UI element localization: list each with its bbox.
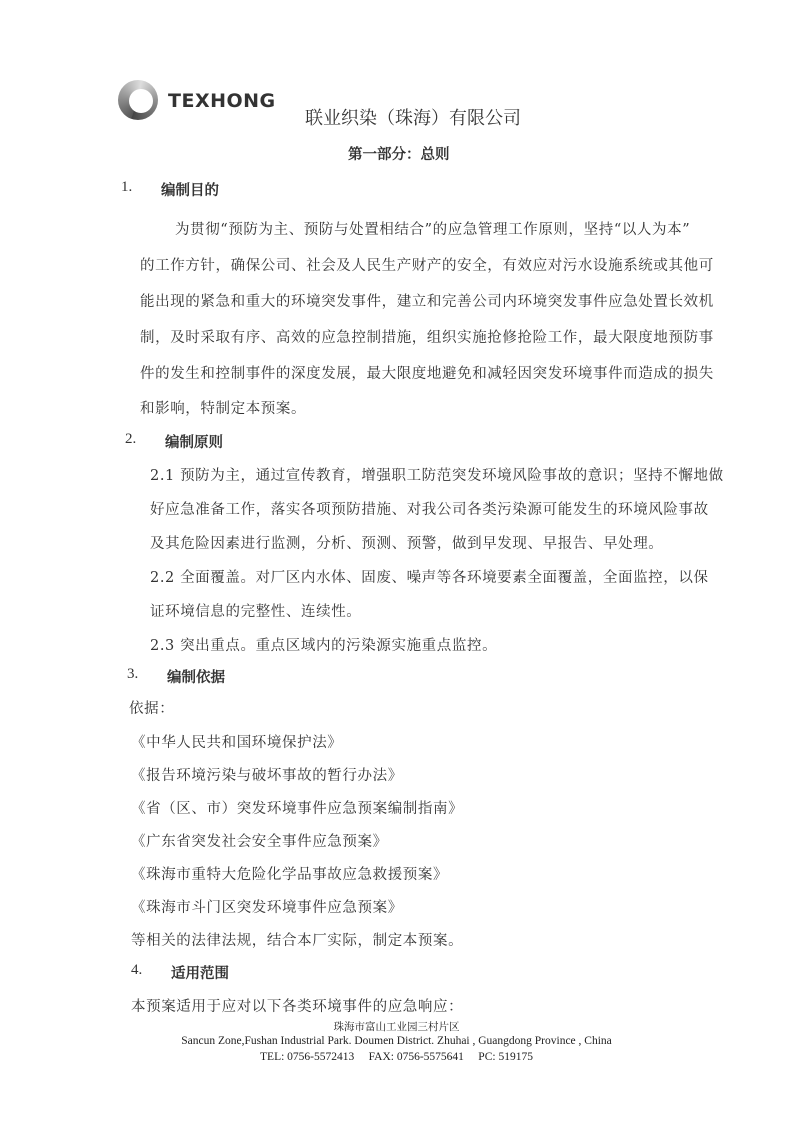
- paragraph-line: 和影响，特制定本预案。: [140, 397, 306, 418]
- reference-item: 《省（区、市）突发环境事件应急预案编制指南》: [131, 797, 463, 818]
- logo-ring-icon: [118, 80, 158, 120]
- company-name: 联业织染（珠海）有限公司: [305, 104, 521, 130]
- paragraph-line: 能出现的紧急和重大的环境突发事件，建立和完善公司内环境突发事件应急处置长效机: [140, 290, 714, 311]
- paragraph-line: 依据：: [129, 697, 174, 718]
- paragraph-line: 等相关的法律法规，结合本厂实际，制定本预案。: [131, 929, 463, 950]
- reference-item: 《中华人民共和国环境保护法》: [131, 731, 342, 752]
- paragraph-line: 制，及时采取有序、高效的应急控制措施，组织实施抢修抢险工作，最大限度地预防事: [140, 326, 714, 347]
- section-title: 编制依据: [167, 666, 225, 687]
- reference-item: 《珠海市斗门区突发环境事件应急预案》: [131, 896, 403, 917]
- paragraph-line: 好应急准备工作，落实各项预防措施、对我公司各类污染源可能发生的环境风险事故: [150, 498, 709, 519]
- part-title: 第一部分：总则: [348, 143, 450, 164]
- paragraph-line: 2.1 预防为主，通过宣传教育，增强职工防范突发环境风险事故的意识；坚持不懈地做: [150, 464, 724, 485]
- logo-text: TEXHONG: [168, 90, 276, 112]
- paragraph-line: 2.3 突出重点。重点区域内的污染源实施重点监控。: [150, 634, 497, 655]
- footer-address-cn: 珠海市富山工业园三村片区: [0, 1019, 793, 1034]
- section-2-heading: 2. 编制原则: [125, 431, 136, 448]
- section-title: 编制原则: [165, 431, 223, 452]
- paragraph-line: 为贯彻“预防为主、预防与处置相结合”的应急管理工作原则，坚持“以人为本”: [175, 218, 690, 239]
- paragraph-line: 2.2 全面覆盖。对厂区内水体、固废、噪声等各环境要素全面覆盖，全面监控，以保: [150, 566, 709, 587]
- section-4-heading: 4. 适用范围: [131, 962, 142, 979]
- paragraph-line: 及其危险因素进行监测，分析、预测、预警，做到早发现、早报告、早处理。: [150, 532, 663, 553]
- footer-contact: TEL: 0756-5572413 FAX: 0756-5575641 PC: …: [0, 1051, 793, 1063]
- section-number: 2.: [125, 431, 136, 447]
- footer-address-en: Sancun Zone,Fushan Industrial Park. Doum…: [0, 1035, 793, 1047]
- reference-item: 《广东省突发社会安全事件应急预案》: [131, 830, 388, 851]
- paragraph-line: 件的发生和控制事件的深度发展，最大限度地避免和减轻因突发环境事件而造成的损失: [140, 362, 714, 383]
- reference-item: 《报告环境污染与破坏事故的暂行办法》: [131, 764, 403, 785]
- section-1-heading: 1. 编制目的: [121, 179, 132, 196]
- paragraph-line: 的工作方针，确保公司、社会及人民生产财产的安全，有效应对污水设施系统或其他可: [140, 254, 714, 275]
- section-number: 3.: [127, 666, 138, 682]
- section-3-heading: 3. 编制依据: [127, 666, 138, 683]
- paragraph-line: 证环境信息的完整性、连续性。: [150, 600, 361, 621]
- paragraph-line: 本预案适用于应对以下各类环境事件的应急响应：: [131, 995, 463, 1016]
- texhong-logo: TEXHONG: [114, 78, 284, 128]
- section-number: 4.: [131, 962, 142, 978]
- section-number: 1.: [121, 179, 132, 195]
- section-title: 适用范围: [171, 962, 229, 983]
- reference-item: 《珠海市重特大危险化学品事故应急救援预案》: [131, 863, 448, 884]
- section-title: 编制目的: [161, 179, 219, 200]
